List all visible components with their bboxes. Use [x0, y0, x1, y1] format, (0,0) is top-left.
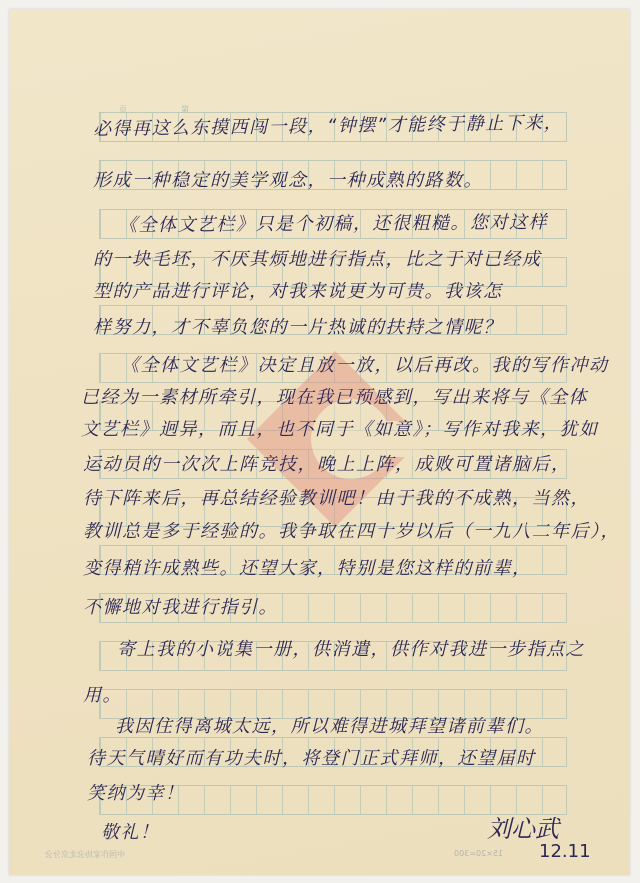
letter-date: 12.11	[539, 841, 591, 862]
letter-line: 待下阵来后，再总结经验教训吧！由于我的不成熟，当然，	[83, 484, 590, 510]
letter-line: 用。	[83, 681, 122, 707]
letter-line: 待天气晴好而有功夫时，将登门正式拜师，还望届时	[87, 744, 536, 770]
letter-line: 形成一种稳定的美学观念，一种成熟的路数。	[93, 166, 483, 192]
letter-line: 《全体文艺栏》决定且放一放，以后再改。我的写作冲动	[121, 351, 609, 377]
letter-line: 教训总是多于经验的。我争取在四十岁以后（一九八二年后），	[83, 517, 620, 543]
letter-line: 文艺栏》迥异，而且，也不同于《如意》；写作对我来，犹如	[81, 415, 599, 441]
letter-line: 运动员的一次次上阵竞技，晚上上阵，成败可置诸脑后，	[83, 450, 571, 476]
letter-page: 页 第 必得再这么东摸西闯一段，“钟摆”才能终于静止下来， 形成一种稳定的美学观…	[9, 9, 630, 875]
letter-line: 的一块毛坯，不厌其烦地进行指点，比之于对已经成	[93, 245, 542, 271]
footer-publisher-print: 中国作家协会北京分会	[45, 849, 125, 860]
letter-line: 型的产品进行评论，对我来说更为可贵。我该怎	[93, 277, 503, 303]
letter-line: 《全体文艺栏》只是个初稿，还很粗糙。您对这样	[119, 208, 548, 237]
letter-line: 寄上我的小说集一册，供消遣，供作对我进一步指点之	[117, 635, 585, 661]
letter-line: 样努力，才不辜负您的一片热诚的扶持之情呢？	[93, 313, 503, 339]
letter-line: 已经为一素材所牵引，现在我已预感到，写出来将与《全体	[81, 383, 588, 409]
letter-line: 不懈地对我进行指引。	[83, 593, 278, 619]
letter-line: 笑纳为幸！	[87, 779, 185, 805]
letter-closing: 敬礼！	[101, 818, 160, 844]
footer-grid-spec-print: 15×20=300	[454, 849, 503, 858]
letter-line: 我因住得离城太远，所以难得进城拜望诸前辈们。	[115, 712, 544, 738]
letter-line: 变得稍许成熟些。还望大家，特别是您这样的前辈，	[83, 554, 532, 580]
signature: 刘心武	[487, 809, 559, 844]
